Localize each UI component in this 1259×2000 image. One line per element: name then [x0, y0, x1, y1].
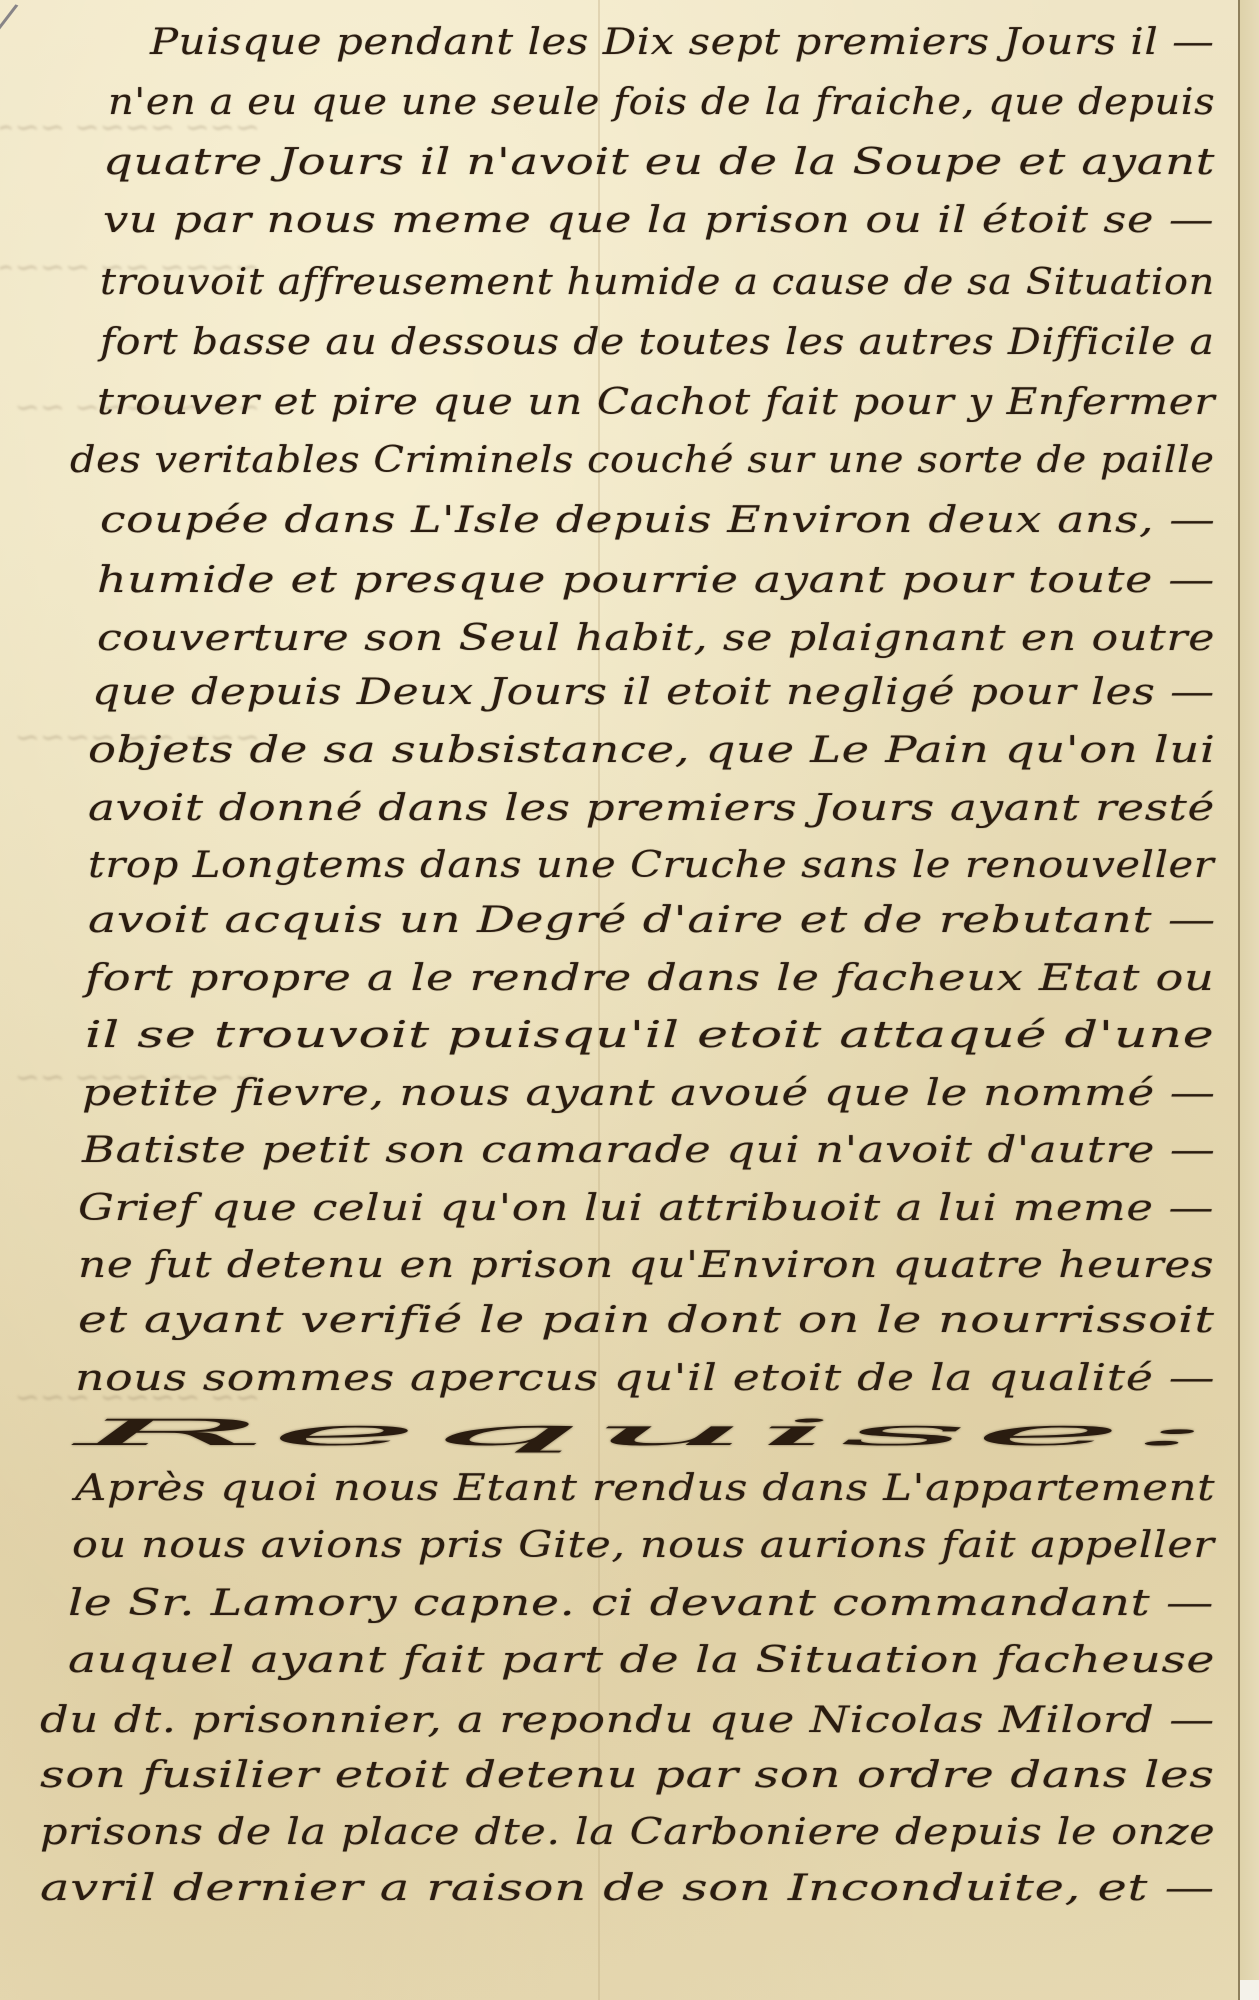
manuscript-line: Batiste petit son camarade qui n'avoit d… [82, 1130, 1215, 1171]
manuscript-line: vu par nous meme que la prison ou il éto… [103, 200, 1214, 241]
background-corner [1240, 1980, 1259, 2000]
manuscript-line: couverture son Seul habit, se plaignant … [97, 618, 1215, 659]
manuscript-line: trop Longtems dans une Cruche sans le re… [88, 845, 1214, 886]
manuscript-line: trouver et pire que un Cachot fait pour … [97, 382, 1215, 423]
manuscript-line: son fusilier etoit detenu par son ordre … [40, 1755, 1215, 1796]
manuscript-line: avoit donné dans les premiers Jours ayan… [88, 788, 1215, 829]
manuscript-line: objets de sa subsistance, que Le Pain qu… [88, 730, 1216, 771]
manuscript-line: que depuis Deux Jours il etoit negligé p… [92, 672, 1215, 713]
manuscript-line: n'en a eu que une seule fois de la fraic… [108, 82, 1215, 123]
manuscript-line: prisons de la place dte. la Carboniere d… [40, 1812, 1215, 1853]
manuscript-line: quatre Jours il n'avoit eu de la Soupe e… [103, 142, 1215, 183]
manuscript-line: petite fievre, nous ayant avoué que le n… [82, 1073, 1216, 1114]
manuscript-line: il se trouvoit puisqu'il etoit attaqué d… [85, 1015, 1214, 1056]
manuscript-line: coupée dans L'Isle depuis Environ deux a… [100, 500, 1216, 541]
manuscript-line: humide et presque pourrie ayant pour tou… [97, 560, 1215, 601]
manuscript-line: ne fut detenu en prison qu'Environ quatr… [78, 1245, 1214, 1286]
manuscript-line: Requise: [75, 1413, 1215, 1454]
manuscript-line: ou nous avions pris Gite, nous aurions f… [72, 1525, 1215, 1566]
manuscript-line: du dt. prisonnier, a repondu que Nicolas… [40, 1700, 1215, 1741]
manuscript-line: le Sr. Lamory capne. ci devant commandan… [68, 1583, 1214, 1624]
manuscript-line: Après quoi nous Etant rendus dans L'appa… [75, 1468, 1215, 1509]
manuscript-line: et ayant verifié le pain dont on le nour… [78, 1300, 1215, 1341]
manuscript-line: fort basse au dessous de toutes les autr… [100, 322, 1215, 363]
manuscript-line: auquel ayant fait part de la Situation f… [68, 1640, 1215, 1681]
manuscript-line: Puisque pendant les Dix sept premiers Jo… [150, 22, 1214, 63]
manuscript-line: fort propre a le rendre dans le facheux … [85, 958, 1215, 999]
manuscript-line: avril dernier a raison de son Inconduite… [40, 1868, 1215, 1909]
manuscript-line: trouvoit affreusement humide a cause de … [100, 262, 1215, 303]
manuscript-line: des veritables Criminels couché sur une … [70, 440, 1215, 481]
manuscript-line: Grief que celui qu'on lui attribuoit a l… [78, 1188, 1214, 1229]
manuscript-line: avoit acquis un Degré d'aire et de rebut… [88, 900, 1216, 941]
underlying-sheet [1240, 0, 1259, 2000]
manuscript-line: nous sommes apercus qu'il etoit de la qu… [75, 1358, 1215, 1399]
